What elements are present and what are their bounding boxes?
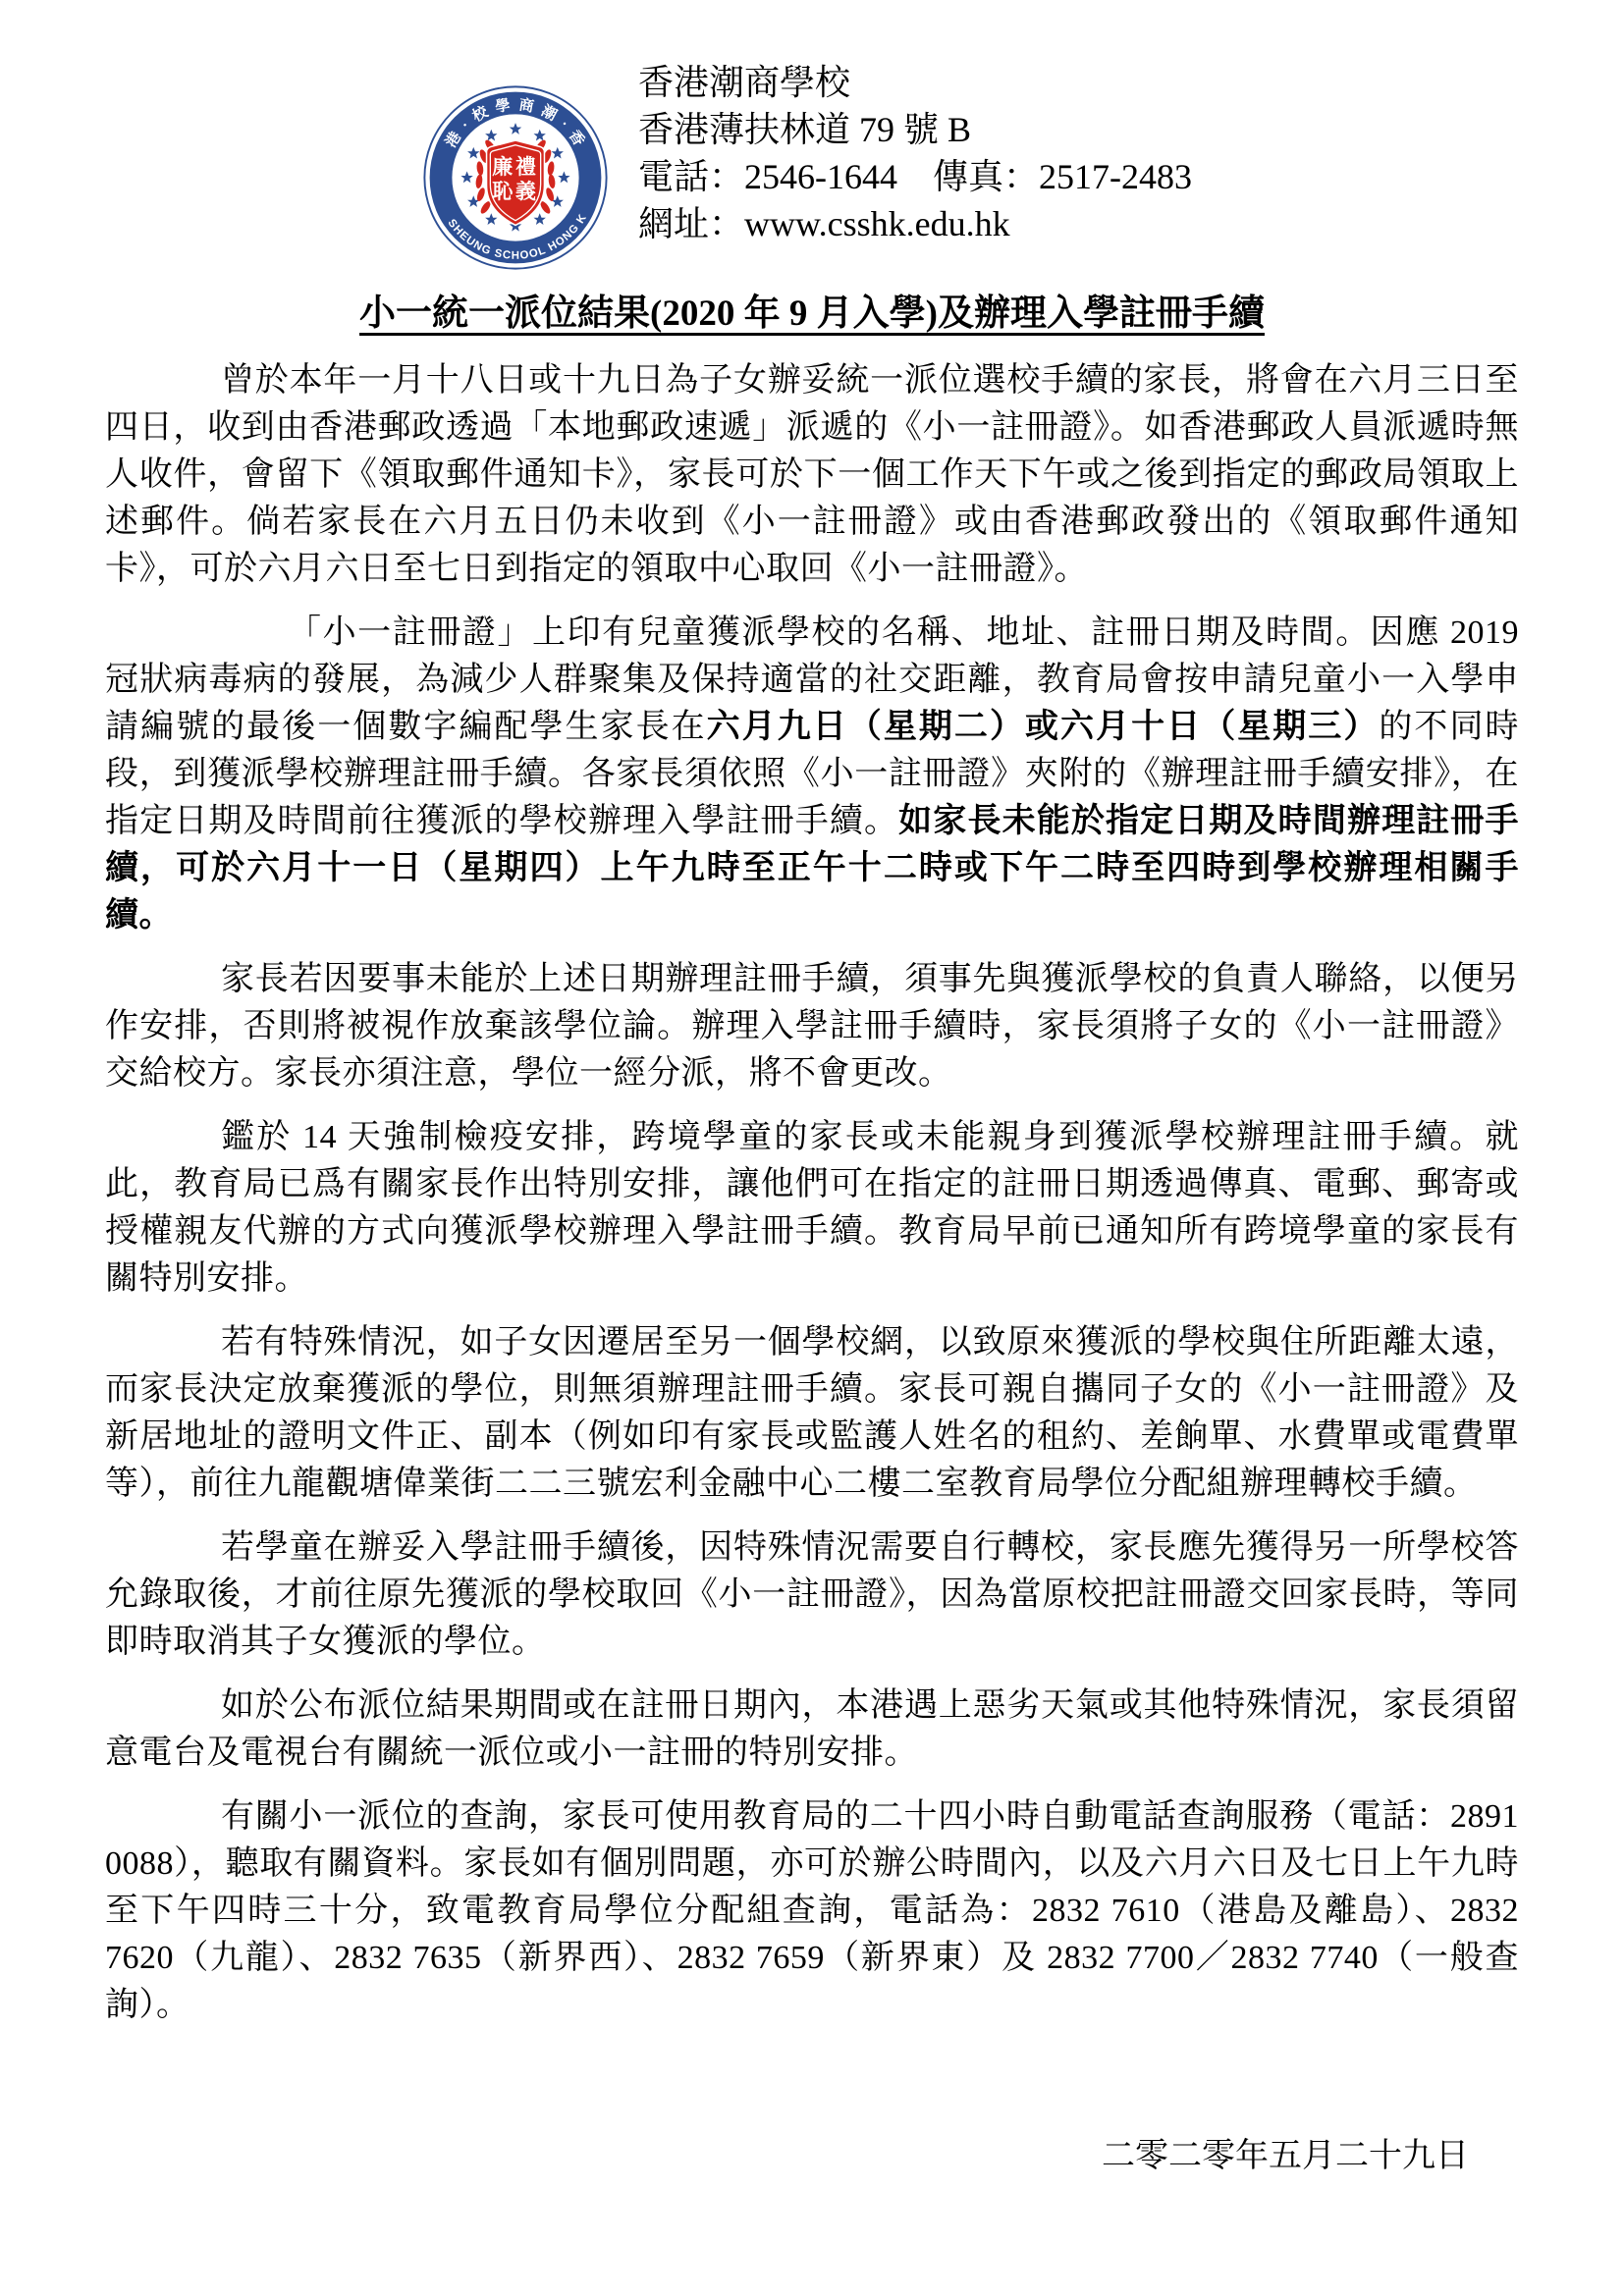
school-logo-emblem: 港 · 校 學 商 潮 · 香 CHIU SHEUNG SCHOOL HONG … (422, 84, 609, 271)
paragraph: 「小一註冊證」上印有兒童獲派學校的名稱、地址、註冊日期及時間。因應 2019 冠… (105, 610, 1519, 939)
school-logo: 港 · 校 學 商 潮 · 香 CHIU SHEUNG SCHOOL HONG … (422, 84, 609, 271)
paragraph-text-bold: 六月九日（星期二）或六月十日（星期三） (707, 709, 1380, 745)
header-phone-fax: 電話：2546-1644 傳真：2517-2483 (638, 153, 1192, 200)
paragraph: 鑑於 14 天強制檢疫安排，跨境學童的家長或未能親身到獲派學校辦理註冊手續。就此… (105, 1114, 1519, 1303)
paragraph-text: 家長若因要事未能於上述日期辦理註冊手續，須事先與獲派學校的負責人聯絡，以便另作安… (105, 961, 1519, 1092)
paragraph-text: 若有特殊情況，如子女因遷居至另一個學校網，以致原來獲派的學校與住所距離太遠，而家… (105, 1324, 1519, 1502)
paragraph: 若學童在辦妥入學註冊手續後，因特殊情況需要自行轉校，家長應先獲得另一所學校答允錄… (105, 1524, 1519, 1666)
paragraph: 家長若因要事未能於上述日期辦理註冊手續，須事先與獲派學校的負責人聯絡，以便另作安… (105, 956, 1519, 1097)
footer-date: 二零二零年五月二十九日 (1102, 2128, 1469, 2176)
shield-motto-row2: 恥義 (492, 180, 538, 203)
paragraph: 有關小一派位的查詢，家長可使用教育局的二十四小時自動電話查詢服務（電話：2891… (105, 1793, 1519, 2029)
document-title: 小一統一派位結果(2020 年 9 月入學)及辦理入學註冊手續 (0, 283, 1624, 336)
header-address: 香港薄扶林道 79 號 B (638, 106, 1192, 153)
letterhead: 香港潮商學校 香港薄扶林道 79 號 B 電話：2546-1644 傳真：251… (638, 59, 1192, 247)
paragraph-text: 鑑於 14 天強制檢疫安排，跨境學童的家長或未能親身到獲派學校辦理註冊手續。就此… (105, 1119, 1519, 1297)
paragraph: 如於公布派位結果期間或在註冊日期內，本港遇上惡劣天氣或其他特殊情況，家長須留意電… (105, 1682, 1519, 1777)
document-title-text: 小一統一派位結果(2020 年 9 月入學)及辦理入學註冊手續 (359, 294, 1265, 334)
paragraph: 曾於本年一月十八日或十九日為子女辦妥統一派位選校手續的家長，將會在六月三日至四日… (105, 357, 1519, 593)
paragraph: 若有特殊情況，如子女因遷居至另一個學校網，以致原來獲派的學校與住所距離太遠，而家… (105, 1319, 1519, 1508)
document-page: 港 · 校 學 商 潮 · 香 CHIU SHEUNG SCHOOL HONG … (0, 0, 1624, 2296)
shield-motto-row1: 廉禮 (492, 155, 538, 179)
document-body: 曾於本年一月十八日或十九日為子女辦妥統一派位選校手續的家長，將會在六月三日至四日… (105, 357, 1519, 2046)
paragraph-text: 有關小一派位的查詢，家長可使用教育局的二十四小時自動電話查詢服務（電話：2891… (105, 1798, 1519, 2023)
header-website: 網址：www.csshk.edu.hk (638, 200, 1192, 247)
header-school-name: 香港潮商學校 (638, 59, 1192, 106)
paragraph-text: 曾於本年一月十八日或十九日為子女辦妥統一派位選校手續的家長，將會在六月三日至四日… (105, 362, 1519, 587)
paragraph-text: 若學童在辦妥入學註冊手續後，因特殊情況需要自行轉校，家長應先獲得另一所學校答允錄… (105, 1529, 1519, 1660)
paragraph-text: 如於公布派位結果期間或在註冊日期內，本港遇上惡劣天氣或其他特殊情況，家長須留意電… (105, 1687, 1519, 1771)
